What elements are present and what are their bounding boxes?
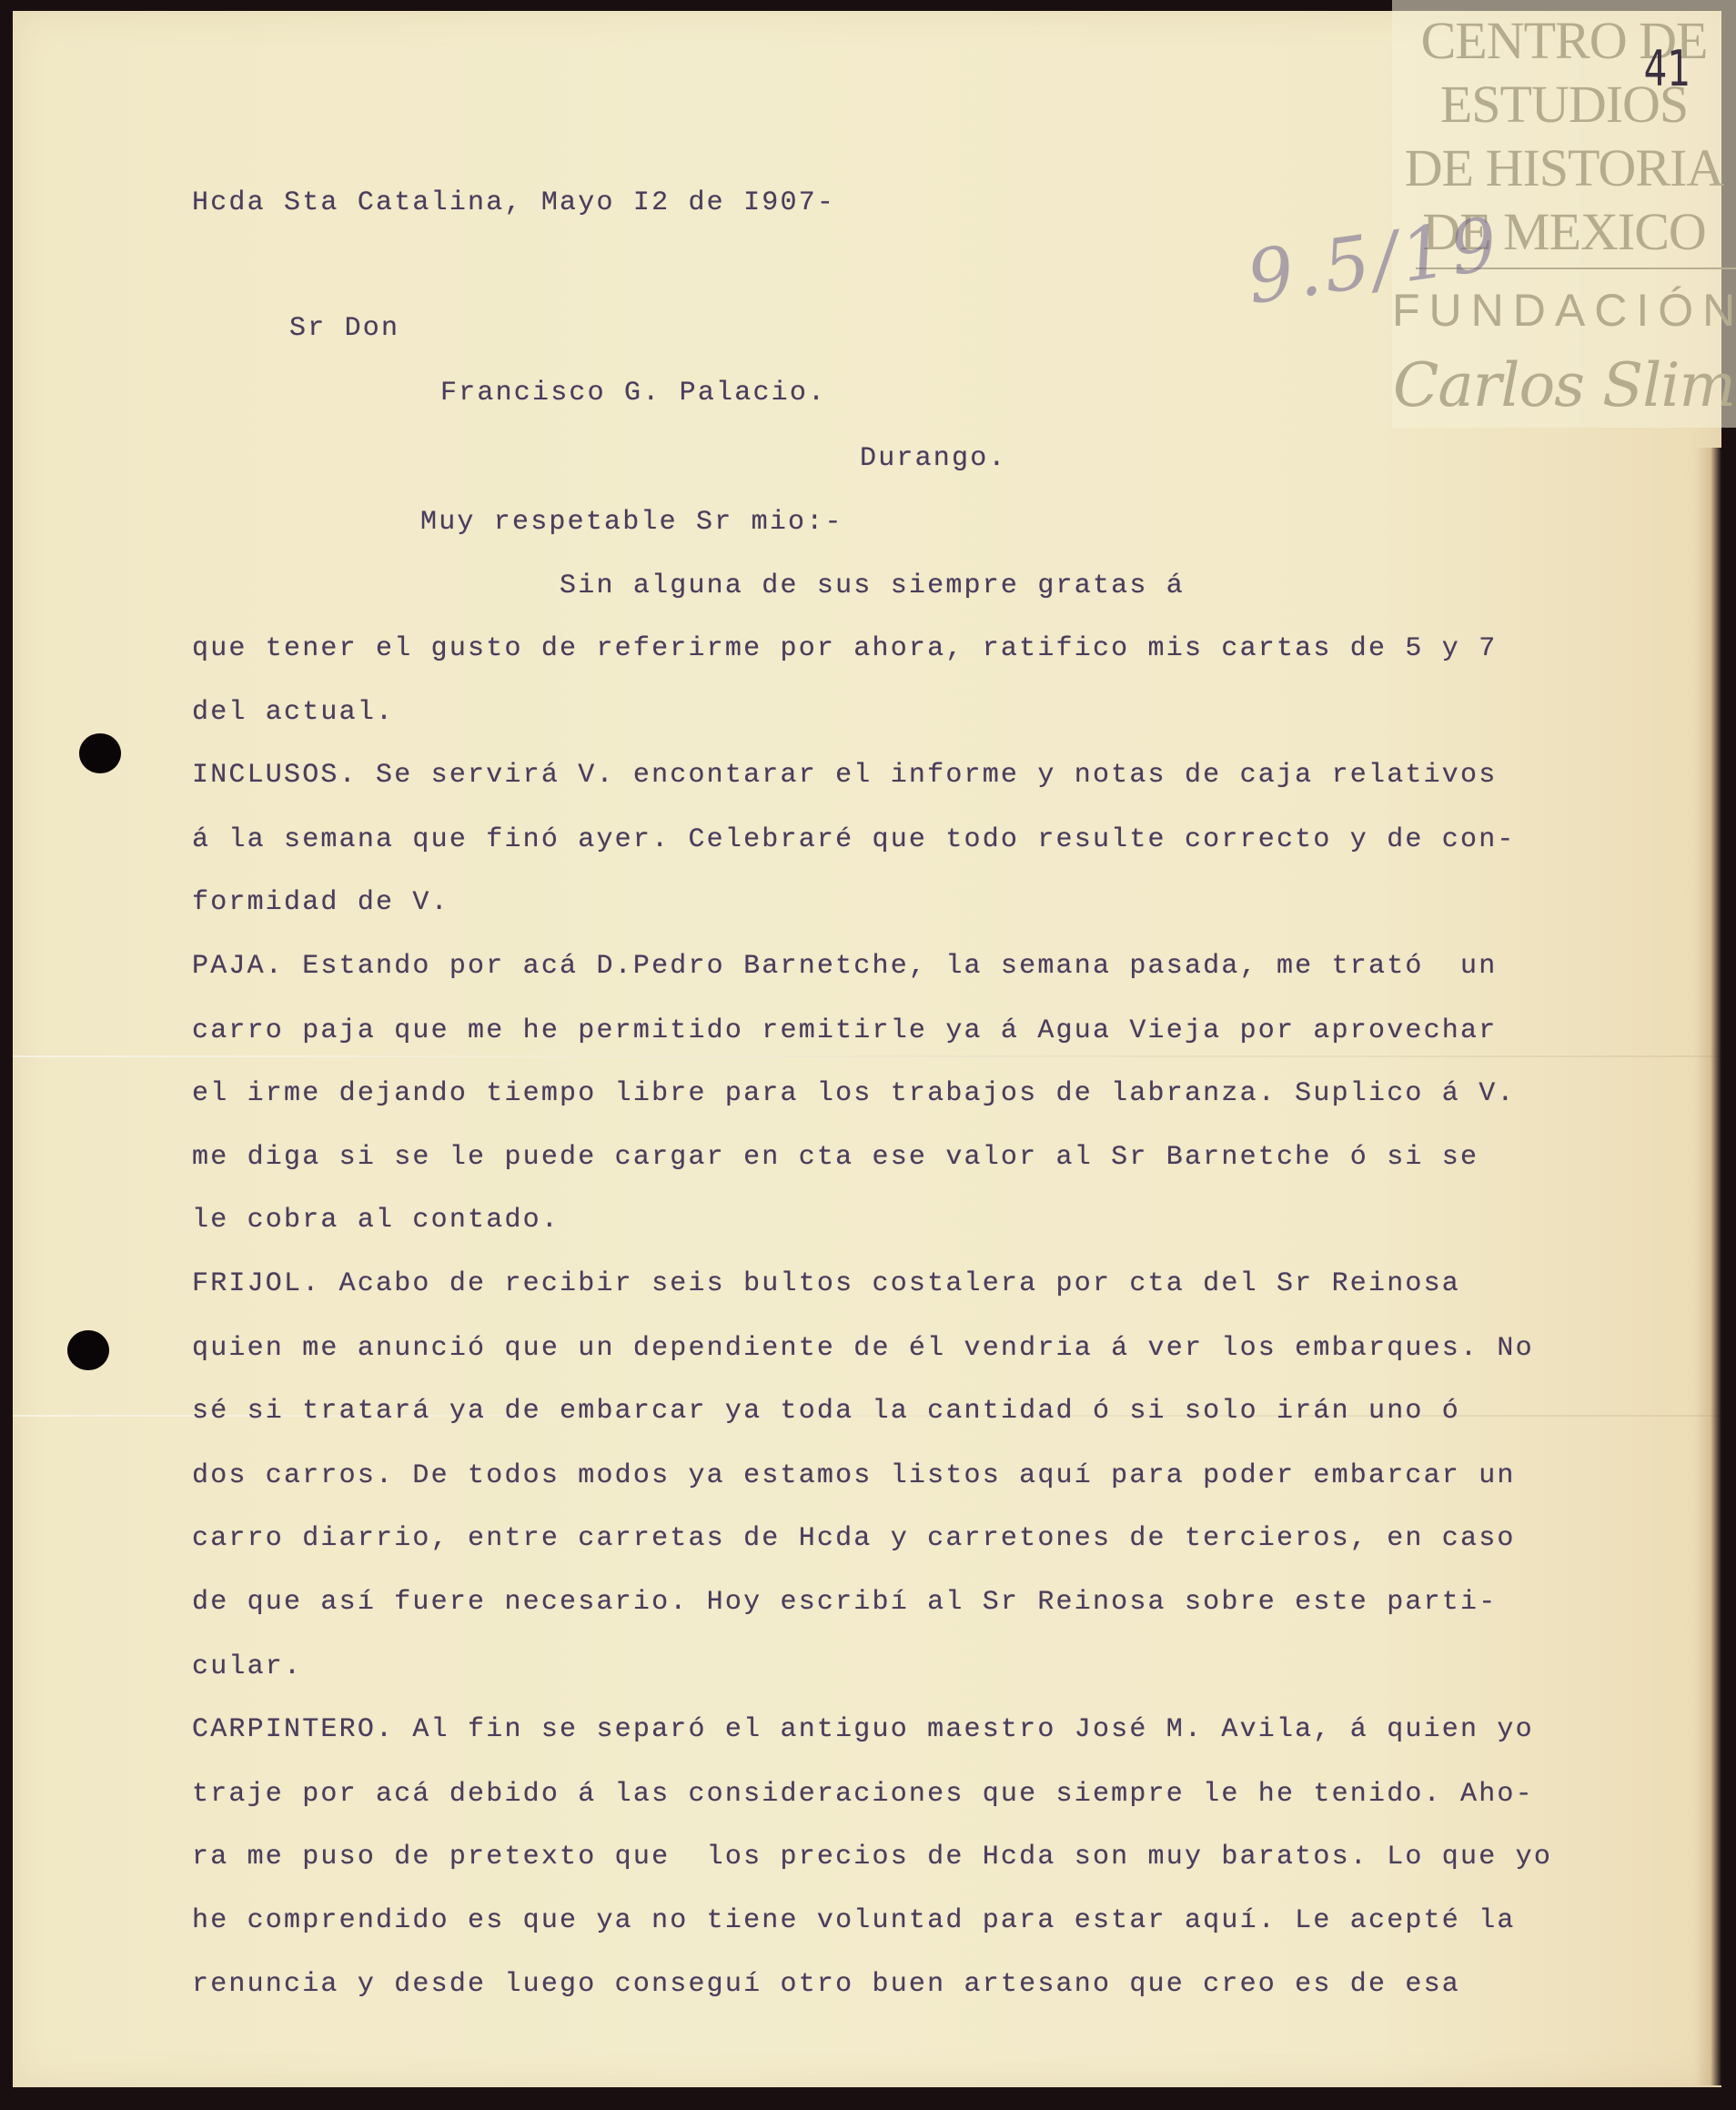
body-line: le cobra al contado.: [192, 1205, 560, 1236]
body-line: cular.: [192, 1651, 302, 1682]
body-line: Sin alguna de sus siempre gratas á: [192, 570, 1185, 601]
paper-fold-line: [13, 1055, 1721, 1057]
body-line: carro paja que me he permitido remitirle…: [192, 1015, 1497, 1046]
recipient-name: Francisco G. Palacio.: [440, 378, 826, 409]
watermark-signature: Carlos Slim: [1392, 350, 1736, 420]
body-line: he comprendido es que ya no tiene volunt…: [192, 1905, 1516, 1936]
recipient-city: Durango.: [860, 443, 1007, 474]
body-line: á la semana que finó ayer. Celebraré que…: [192, 824, 1516, 855]
punch-hole-bottom: [67, 1330, 109, 1370]
body-line: INCLUSOS. Se servirá V. encontarar el in…: [192, 760, 1497, 791]
body-line: el irme dejando tiempo libre para los tr…: [192, 1078, 1516, 1109]
watermark-line-3: DE HISTORIA: [1392, 136, 1736, 200]
page-number: 41: [1644, 40, 1691, 97]
body-line: quien me anunció que un dependiente de é…: [192, 1333, 1534, 1364]
body-line: FRIJOL. Acabo de recibir seis bultos cos…: [192, 1268, 1460, 1299]
body-line: traje por acá debido á las consideracion…: [192, 1779, 1534, 1810]
body-line: PAJA. Estando por acá D.Pedro Barnetche,…: [192, 951, 1497, 982]
body-line: del actual.: [192, 697, 394, 728]
body-line: sé si tratará ya de embarcar ya toda la …: [192, 1396, 1460, 1427]
greeting: Muy respetable Sr mio:-: [420, 507, 843, 538]
punch-hole-top: [79, 733, 121, 773]
body-line: formidad de V.: [192, 887, 449, 918]
torn-right-edge: [1694, 448, 1721, 2085]
recipient-title: Sr Don: [289, 313, 399, 344]
body-line: que tener el gusto de referirme por ahor…: [192, 633, 1497, 664]
body-line: CARPINTERO. Al fin se separó el antiguo …: [192, 1714, 1534, 1745]
body-line: de que así fuere necesario. Hoy escribí …: [192, 1587, 1497, 1618]
body-line: me diga si se le puede cargar en cta ese…: [192, 1142, 1479, 1173]
body-line: ra me puso de pretexto que los precios d…: [192, 1842, 1552, 1873]
body-line: dos carros. De todos modos ya estamos li…: [192, 1460, 1516, 1491]
dateline: Hcda Sta Catalina, Mayo I2 de I907-: [192, 187, 835, 218]
body-line: carro diarrio, entre carretas de Hcda y …: [192, 1523, 1516, 1554]
body-line: renuncia y desde luego conseguí otro bue…: [192, 1969, 1460, 2000]
